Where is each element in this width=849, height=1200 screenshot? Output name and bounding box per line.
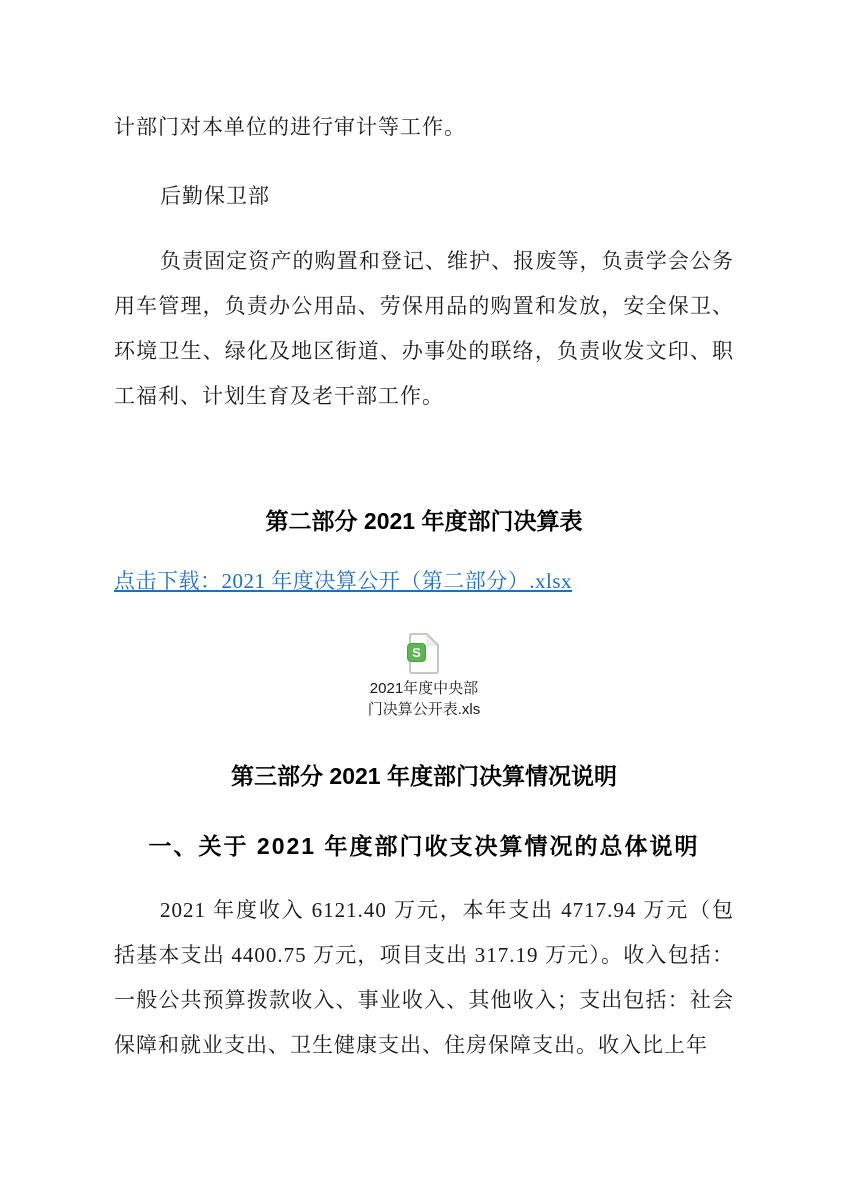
dept-name-paragraph: 后勤保卫部 xyxy=(114,174,734,219)
attachment-label-line2: 门决算公开表.xls xyxy=(368,699,481,720)
paragraph-continuation: 计部门对本单位的进行审计等工作。 xyxy=(114,105,734,150)
folded-corner-icon xyxy=(426,633,439,646)
section1-heading: 一、关于 2021 年度部门收支决算情况的总体说明 xyxy=(114,830,734,863)
part3-heading: 第三部分 2021 年度部门决算情况说明 xyxy=(114,760,734,793)
part2-heading: 第二部分 2021 年度部门决算表 xyxy=(114,505,734,538)
attachment-object[interactable]: S 2021年度中央部 门决算公开表.xls xyxy=(114,633,734,720)
download-link[interactable]: 点击下载：2021 年度决算公开（第二部分）.xlsx xyxy=(114,565,734,598)
dept-duties-paragraph: 负责固定资产的购置和登记、维护、报废等，负责学会公务用车管理，负责办公用品、劳保… xyxy=(114,239,734,419)
badge-letter: S xyxy=(412,646,421,659)
spreadsheet-file-icon[interactable]: S xyxy=(409,633,439,674)
attachment-label-line1: 2021年度中央部 xyxy=(368,678,481,699)
attachment-label: 2021年度中央部 门决算公开表.xls xyxy=(368,678,481,720)
summary-paragraph: 2021 年度收入 6121.40 万元，本年支出 4717.94 万元（包括基… xyxy=(114,888,734,1068)
document-page: 计部门对本单位的进行审计等工作。 后勤保卫部 负责固定资产的购置和登记、维护、报… xyxy=(0,0,849,1200)
spreadsheet-badge-icon: S xyxy=(407,643,426,662)
